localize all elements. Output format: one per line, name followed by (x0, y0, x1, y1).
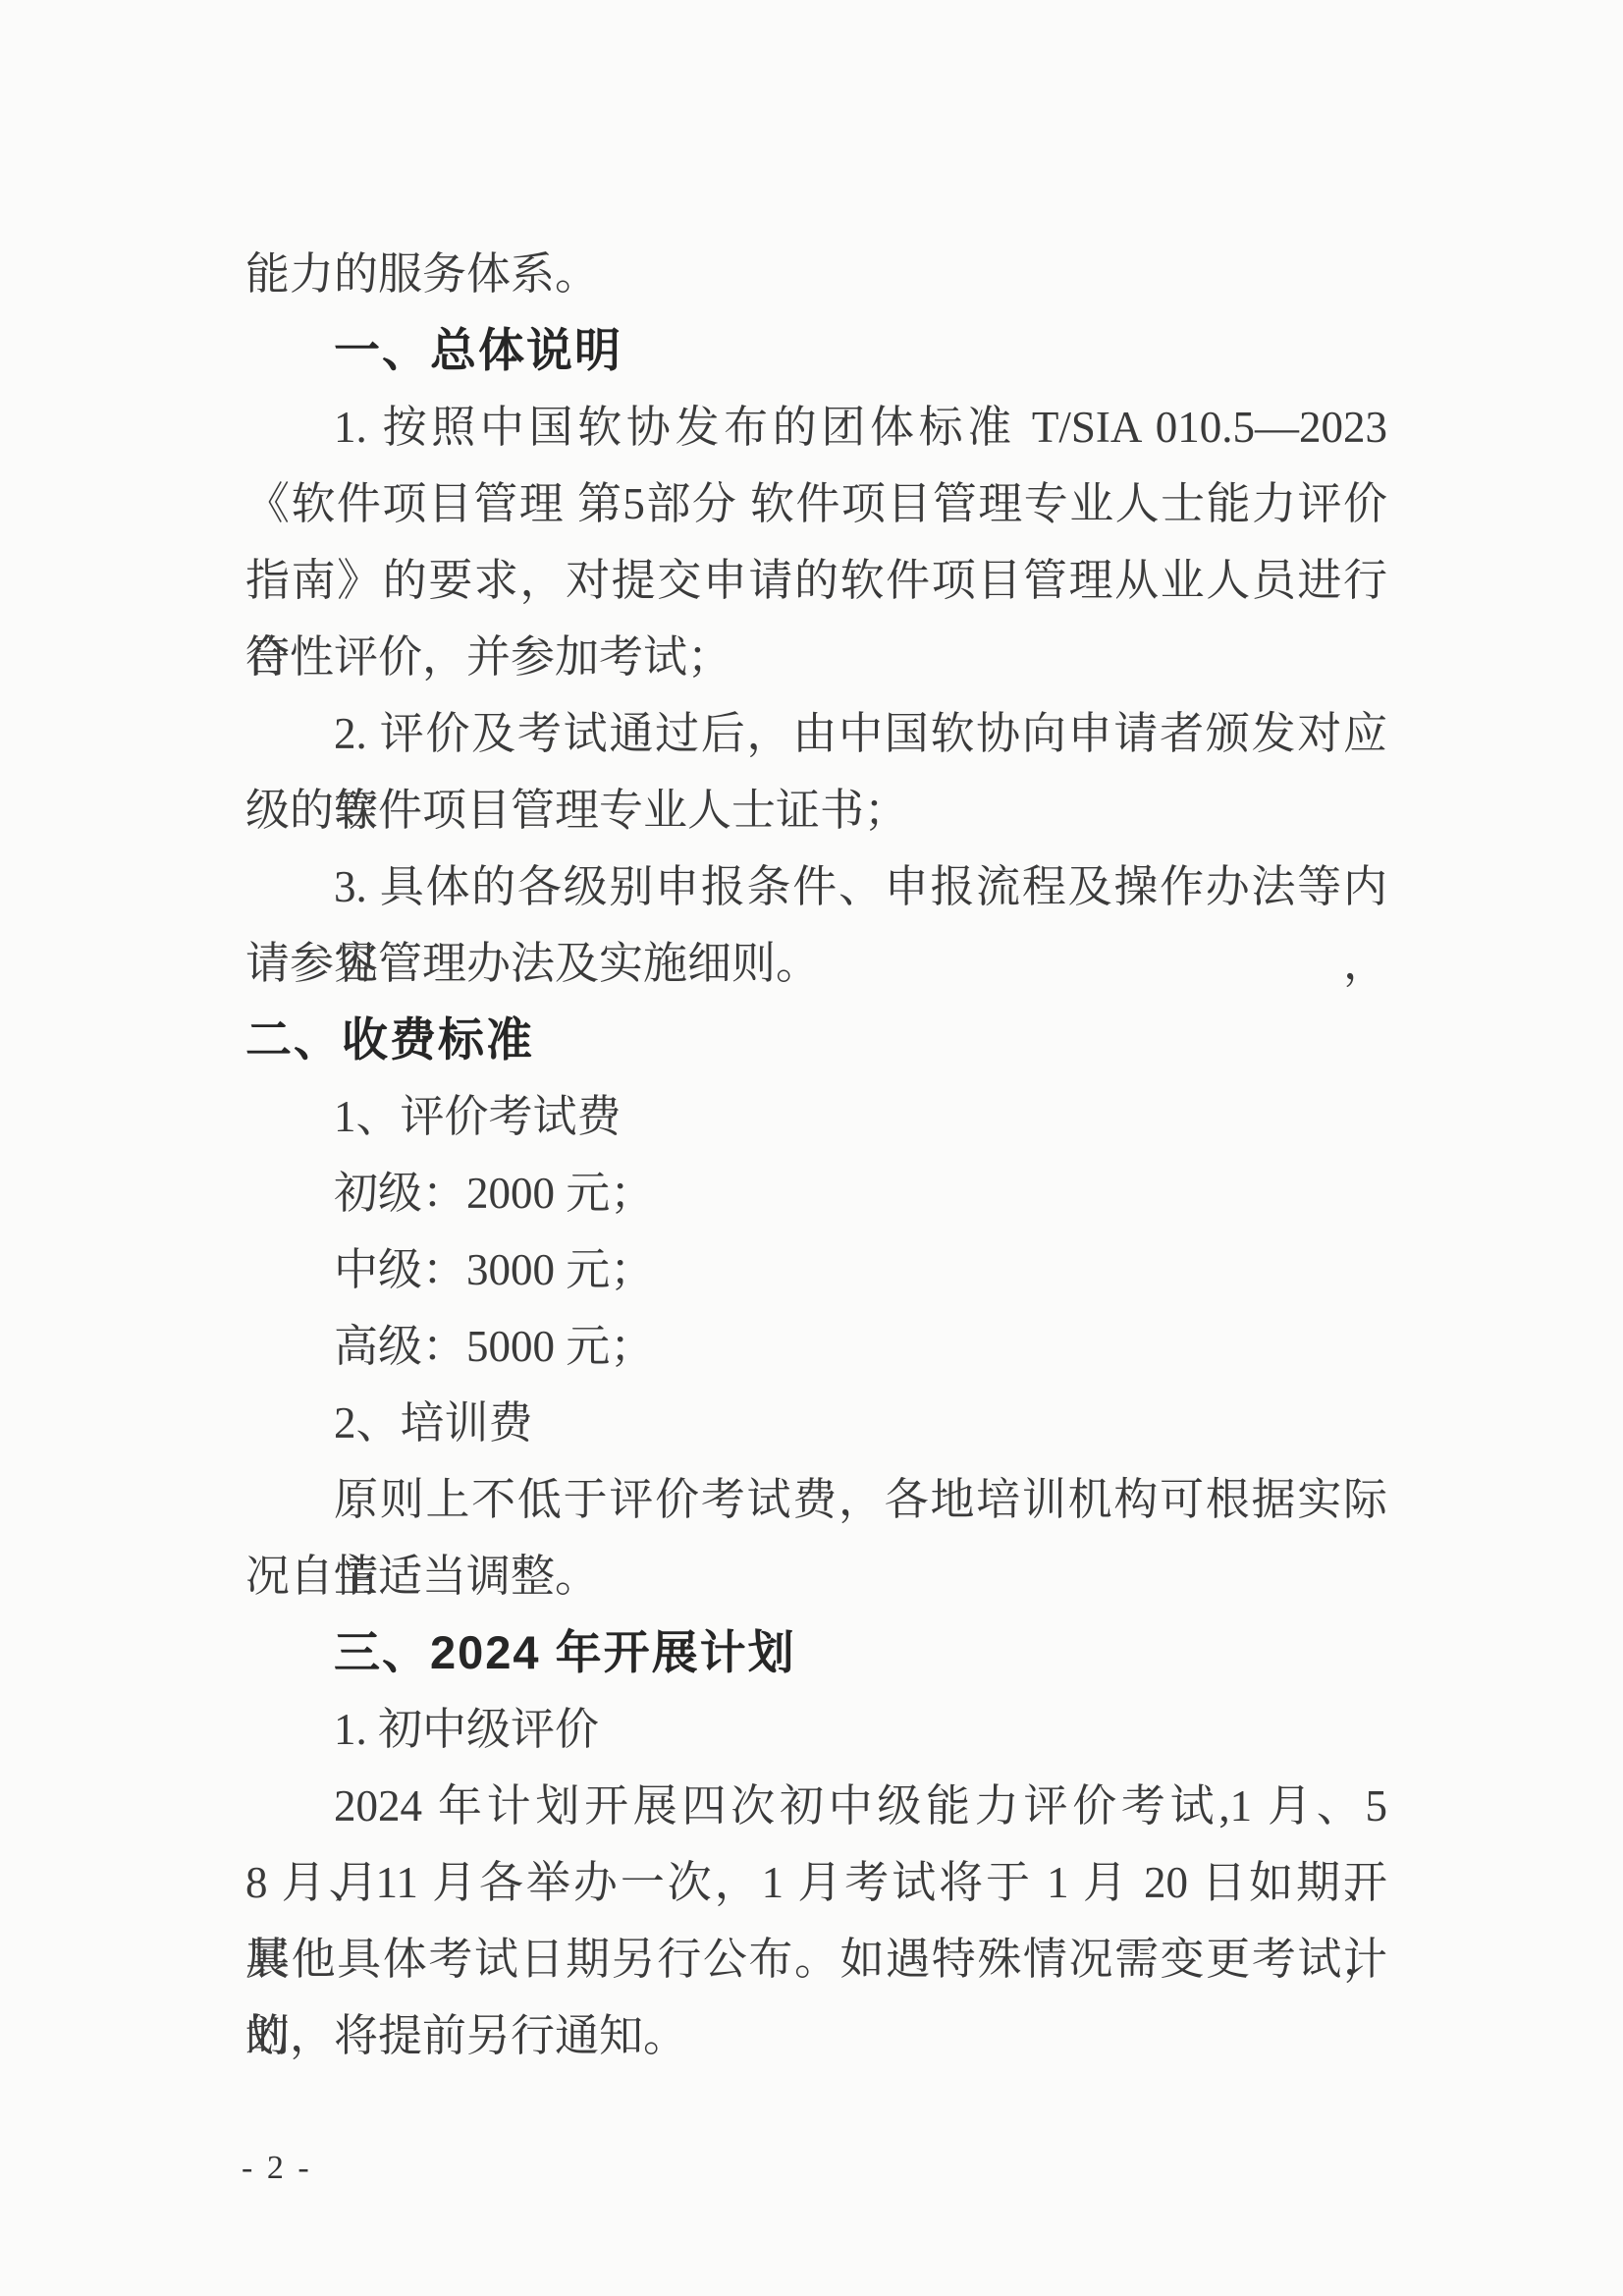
scanned-document-page: 能力的服务体系。 一、总体说明 1. 按照中国软协发布的团体标准 T/SIA 0… (0, 0, 1623, 2296)
doc-line: 指南》的要求，对提交申请的软件项目管理从业人员进行符 (245, 542, 1387, 619)
doc-line: 的，将提前另行通知。 (245, 1997, 1387, 2074)
document-body: 能力的服务体系。 一、总体说明 1. 按照中国软协发布的团体标准 T/SIA 0… (245, 236, 1387, 2074)
doc-line: 合性评价，并参加考试； (245, 619, 1387, 695)
doc-line: 高级：5000 元； (245, 1308, 1387, 1385)
section-heading: 二、收费标准 (245, 1002, 1387, 1078)
doc-line: 《软件项目管理 第5部分 软件项目管理专业人士能力评价 (245, 465, 1387, 542)
doc-line: 2、培训费 (245, 1385, 1387, 1461)
doc-line: 2. 评价及考试通过后，由中国软协向申请者颁发对应等 (245, 695, 1387, 772)
doc-line: 1. 按照中国软协发布的团体标准 T/SIA 010.5—2023 (245, 389, 1387, 465)
doc-line: 1. 初中级评价 (245, 1691, 1387, 1768)
doc-line: 1、评价考试费 (245, 1078, 1387, 1155)
doc-line: 级的软件项目管理专业人士证书； (245, 772, 1387, 848)
doc-line: 中级：3000 元； (245, 1231, 1387, 1308)
doc-line: 其他具体考试日期另行公布。如遇特殊情况需变更考试计划 (245, 1921, 1387, 1997)
doc-line: 况自主适当调整。 (245, 1538, 1387, 1614)
section-heading: 三、2024 年开展计划 (245, 1614, 1387, 1691)
section-heading: 一、总体说明 (245, 312, 1387, 389)
doc-line: 能力的服务体系。 (245, 236, 1387, 312)
doc-line: 初级：2000 元； (245, 1155, 1387, 1231)
doc-line: 2024 年计划开展四次初中级能力评价考试,1 月、5 月、 (245, 1768, 1387, 1844)
doc-line: 3. 具体的各级别申报条件、申报流程及操作办法等内容， (245, 848, 1387, 925)
page-number: - 2 - (242, 2149, 312, 2188)
doc-line: 原则上不低于评价考试费，各地培训机构可根据实际情 (245, 1461, 1387, 1538)
doc-line: 8 月、11 月各举办一次，1 月考试将于 1 月 20 日如期开展， (245, 1844, 1387, 1921)
